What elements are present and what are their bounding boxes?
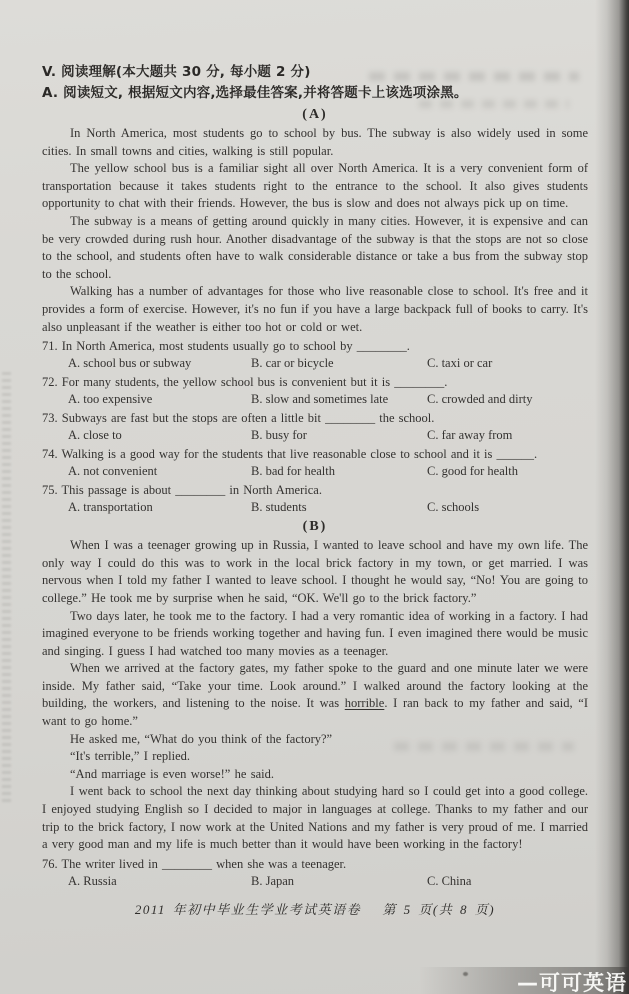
question-text: 74. Walking is a good way for the studen… [42,446,588,463]
option-c: C. good for health [427,463,588,480]
passage-b-paragraph: Two days later, he took me to the factor… [42,608,588,661]
section-instruction: A. 阅读短文, 根据短文内容,选择最佳答案,并将答题卡上该选项涂黑。 [42,83,588,104]
question-73: 73. Subways are fast but the stops are o… [42,410,588,444]
option-a: A. school bus or subway [68,355,251,372]
option-a: A. Russia [68,873,251,890]
passage-b-dialogue-line: “It's terrible,” I replied. [42,748,588,766]
question-71: 71. In North America, most students usua… [42,338,588,372]
option-c: C. taxi or car [427,355,588,372]
option-b: B. bad for health [251,463,427,480]
watermark: —可可英语 [517,970,627,994]
passage-b-title: (B) [42,517,588,536]
passage-b-dialogue-line: “And marriage is even worse!” he said. [42,766,588,784]
option-c: C. China [427,873,588,890]
passage-b-paragraph: When I was a teenager growing up in Russ… [42,537,588,607]
option-b: B. Japan [251,873,427,890]
option-b: B. slow and sometimes late [251,391,427,408]
question-text: 71. In North America, most students usua… [42,338,588,355]
question-text: 76. The writer lived in ________ when sh… [42,856,588,873]
question-text: 75. This passage is about ________ in No… [42,482,588,499]
option-b: B. students [251,499,427,516]
option-b: B. busy for [251,427,427,444]
question-text: 73. Subways are fast but the stops are o… [42,410,588,427]
scanned-exam-page: V. 阅读理解(本大题共 30 分, 每小题 2 分) A. 阅读短文, 根据短… [0,0,629,994]
passage-b-paragraph: When we arrived at the factory gates, my… [42,660,588,730]
passage-a-paragraph: Walking has a number of advantages for t… [42,283,588,336]
option-c: C. crowded and dirty [427,391,588,408]
question-76: 76. The writer lived in ________ when sh… [42,856,588,890]
passage-a-title: (A) [42,105,588,124]
passage-b-paragraph: I went back to school the next day think… [42,783,588,853]
question-text: 72. For many students, the yellow school… [42,374,588,391]
option-c: C. far away from [427,427,588,444]
passage-a-paragraph: The yellow school bus is a familiar sigh… [42,160,588,213]
option-b: B. car or bicycle [251,355,427,372]
option-a: A. close to [68,427,251,444]
page-edge-shadow [595,0,629,994]
scan-speck-artifact [463,972,468,976]
exam-content: V. 阅读理解(本大题共 30 分, 每小题 2 分) A. 阅读短文, 根据短… [42,62,588,918]
question-74: 74. Walking is a good way for the studen… [42,446,588,480]
passage-a-paragraph: In North America, most students go to sc… [42,125,588,160]
question-75: 75. This passage is about ________ in No… [42,482,588,516]
option-a: A. not convenient [68,463,251,480]
passage-b-dialogue-line: He asked me, “What do you think of the f… [42,731,588,749]
question-72: 72. For many students, the yellow school… [42,374,588,408]
underlined-word: horrible [345,696,385,710]
option-a: A. transportation [68,499,251,516]
page-footer: 2011 年初中毕业生学业考试英语卷 第 5 页(共 8 页) [42,899,588,918]
passage-a-paragraph: The subway is a means of getting around … [42,213,588,283]
option-c: C. schools [427,499,588,516]
scan-left-margin-artifact [2,372,11,802]
section-header: V. 阅读理解(本大题共 30 分, 每小题 2 分) [42,62,588,83]
option-a: A. too expensive [68,391,251,408]
